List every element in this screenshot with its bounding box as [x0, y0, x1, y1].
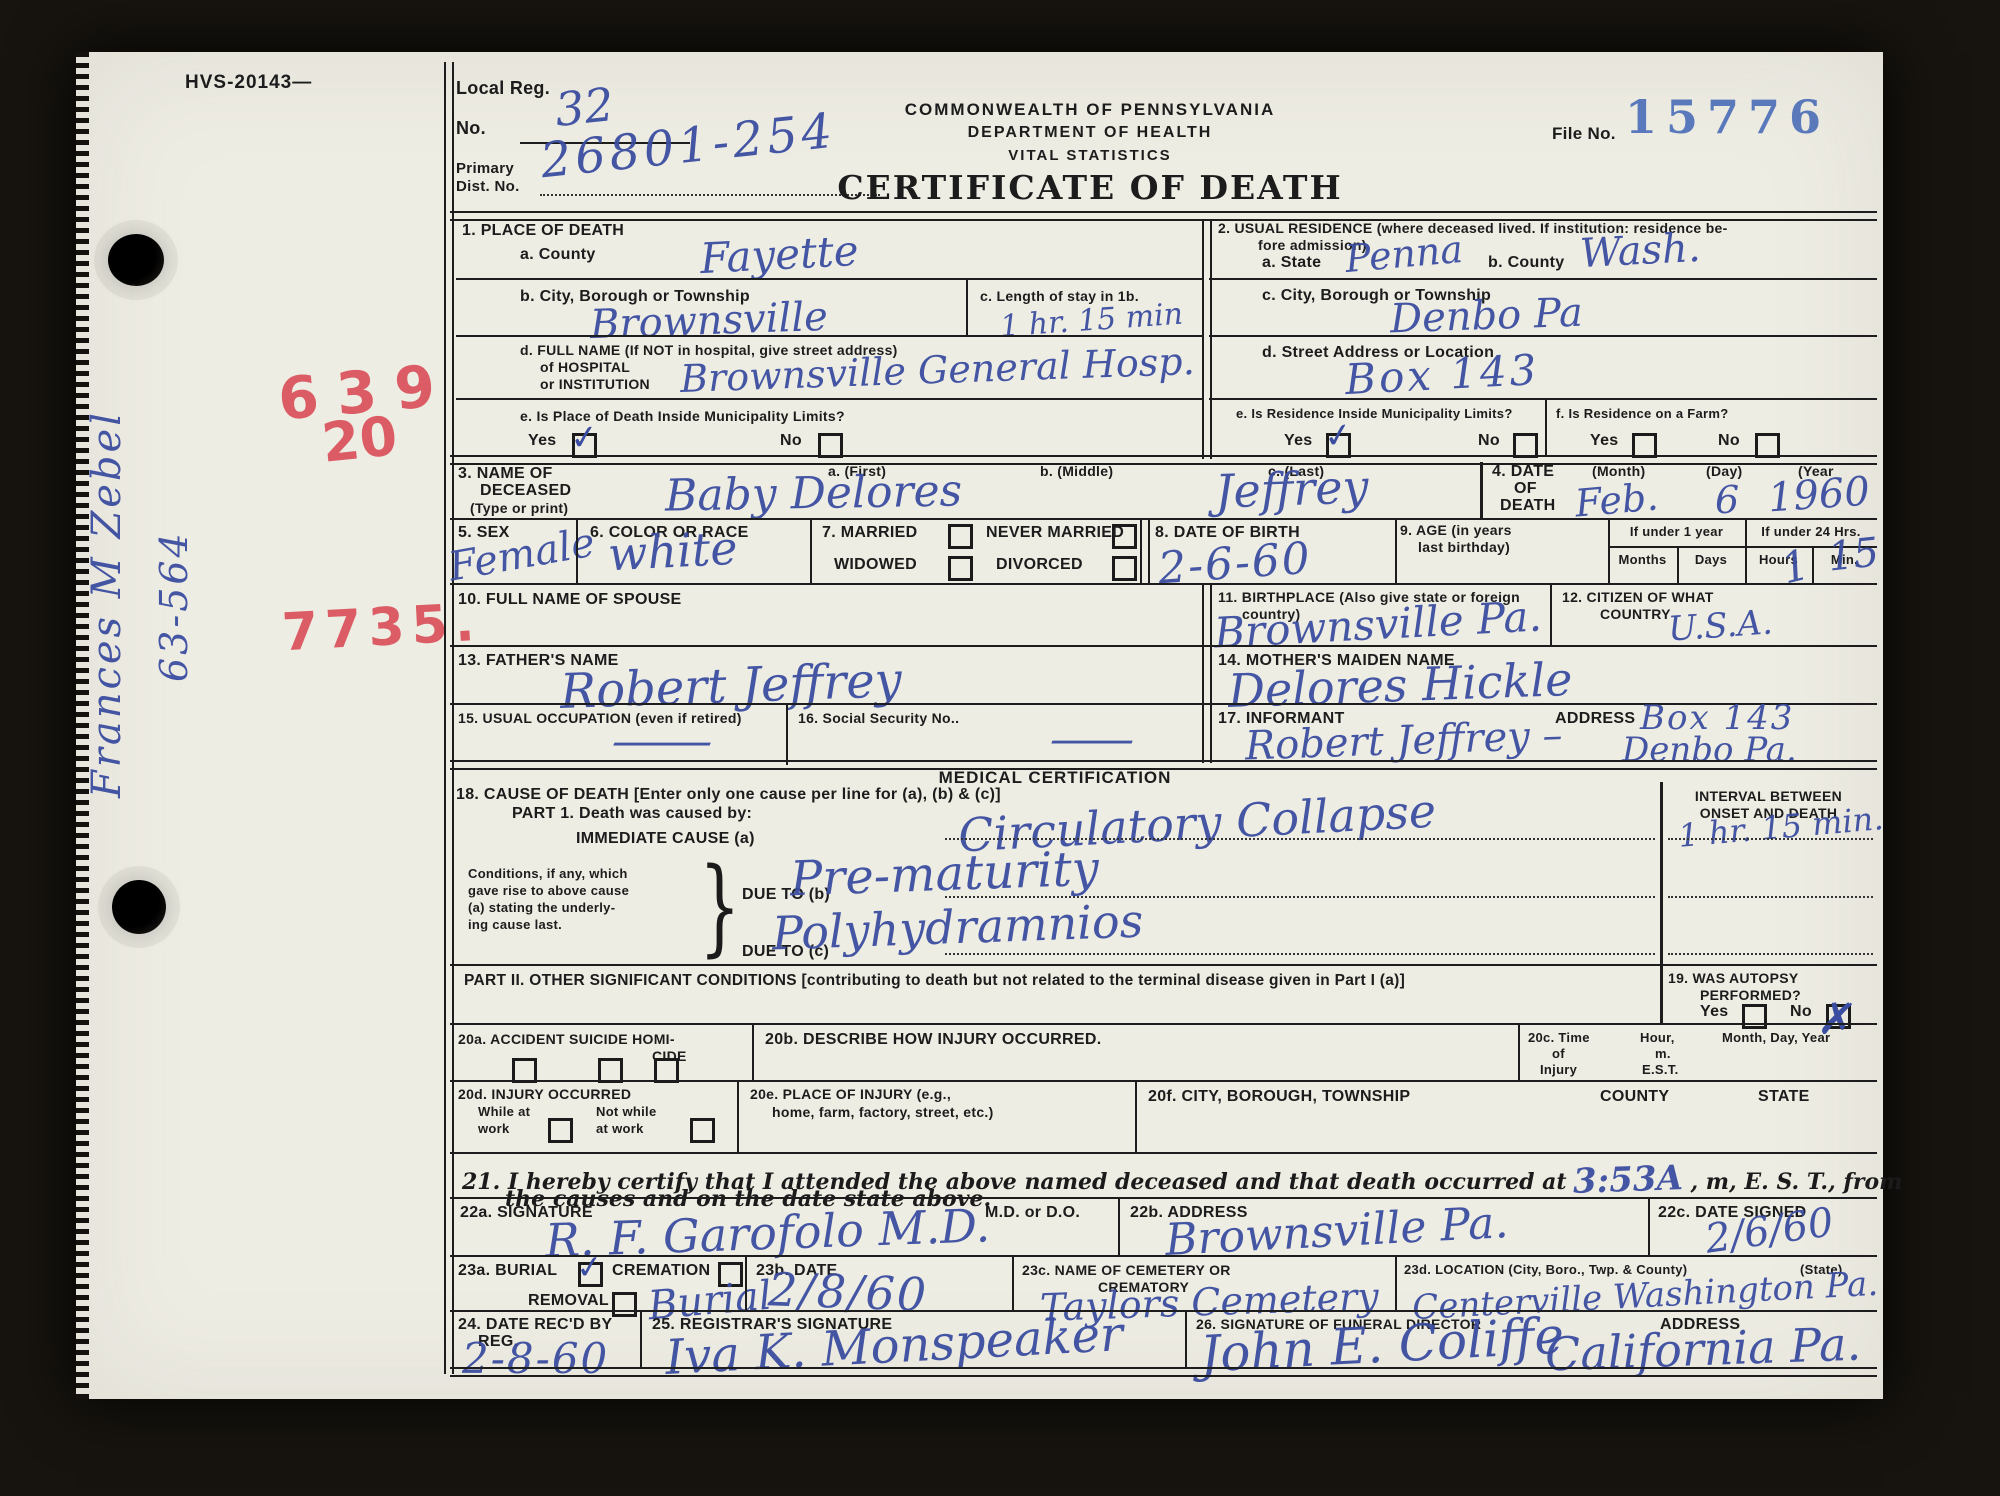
divider-line: [1545, 398, 1547, 457]
s20a-label1: 20a. ACCIDENT SUICIDE HOMI-: [458, 1031, 675, 1047]
divider-line: [1118, 1197, 1120, 1255]
s12-value: U.S.A.: [1667, 602, 1774, 649]
divider-line: [1135, 1080, 1137, 1152]
s12-label2: COUNTRY: [1600, 606, 1671, 622]
divider-line: [1395, 518, 1397, 583]
divider-line: [1140, 518, 1150, 583]
s20d-not2: at work: [596, 1121, 644, 1136]
org-line-2: DEPARTMENT OF HEALTH: [830, 124, 1350, 142]
divider-line: [576, 518, 578, 583]
s16-value: —: [1048, 714, 1136, 765]
s2f-yes-label: Yes: [1590, 432, 1619, 450]
s20c-hour-label: Hour,: [1640, 1030, 1675, 1045]
s19-label1: 19. WAS AUTOPSY: [1668, 970, 1799, 986]
s20d-while2: work: [478, 1121, 510, 1136]
file-no-label: File No.: [1552, 124, 1616, 144]
divider-line: [450, 645, 1877, 647]
divider-line: [1648, 1197, 1650, 1255]
s20c-mdy-label: Month, Day, Year: [1722, 1030, 1830, 1045]
divider-line: [450, 455, 1877, 465]
s18-cond1: Conditions, if any, which: [468, 866, 628, 881]
s6-value: white: [607, 521, 739, 582]
s7-never-checkbox: [1112, 524, 1137, 549]
s3-label2: DECEASED: [480, 482, 571, 500]
divider-line: [450, 1310, 1877, 1312]
divider-line: [456, 398, 1202, 400]
s2a-label: a. State: [1262, 254, 1321, 272]
s23a-burial-label: 23a. BURIAL: [458, 1262, 557, 1280]
s3-first-value: Baby Delores: [665, 465, 963, 521]
s1d-label3: or INSTITUTION: [540, 376, 650, 392]
divider-line: [450, 1255, 1877, 1257]
divider-line: [810, 518, 812, 583]
s7-never-label: NEVER MARRIED: [986, 524, 1124, 542]
death-time-value: 3:53A: [1572, 1158, 1683, 1202]
s9-label1: 9. AGE (in years: [1400, 522, 1512, 538]
divider-line: [456, 335, 1202, 337]
divider-line: [1209, 278, 1877, 280]
certificate-title: CERTIFICATE OF DEATH: [830, 168, 1350, 207]
local-reg-label: Local Reg.: [456, 78, 550, 99]
divider-line: [752, 1023, 754, 1080]
s4-label2: OF: [1514, 480, 1537, 498]
divider-line: [450, 583, 1877, 585]
s1-title: 1. PLACE OF DEATH: [462, 222, 624, 240]
s23a-cremation-label: CREMATION: [612, 1262, 710, 1280]
divider-line: [450, 1080, 1877, 1082]
s20c-label1: 20c. Time: [1528, 1030, 1590, 1045]
s20c-est-label: E.S.T.: [1642, 1062, 1678, 1077]
s18-cond4: ing cause last.: [468, 917, 562, 932]
s18-cond3: (a) stating the underly-: [468, 900, 615, 915]
s19-label2: PERFORMED?: [1700, 987, 1801, 1003]
divider-line: [450, 1367, 1877, 1377]
rule-line: [540, 194, 880, 196]
s7-widowed-checkbox: [948, 556, 973, 581]
s2e-yes-label: Yes: [1284, 432, 1313, 450]
s23c-label1: 23c. NAME OF CEMETERY OR: [1022, 1262, 1231, 1278]
s4-label1: 4. DATE: [1492, 463, 1554, 481]
s2e-yes-checkmark: ✓: [1321, 414, 1355, 458]
s22-md-label: M.D. or D.O.: [985, 1204, 1080, 1222]
s20c-label2: of: [1552, 1046, 1565, 1061]
divider-line: [1012, 1255, 1014, 1310]
s2e-no-label: No: [1478, 432, 1500, 450]
local-reg-no-label: No.: [456, 118, 486, 139]
margin-script-name: Frances M Zebel: [84, 318, 130, 798]
rule-line: [945, 838, 1655, 840]
divider-line: [450, 1197, 1877, 1199]
punch-hole: [112, 880, 166, 934]
s23a-removal-label: REMOVAL: [528, 1292, 609, 1310]
s7-married-checkbox: [948, 524, 973, 549]
s1e-yes-label: Yes: [528, 432, 557, 450]
s9-months-label: Months: [1608, 552, 1677, 567]
s2e-label: e. Is Residence Inside Municipality Limi…: [1236, 406, 1513, 421]
med-cert-title: MEDICAL CERTIFICATION: [450, 768, 1660, 788]
s2b-label: b. County: [1488, 254, 1564, 272]
s9-min-value: 15: [1826, 529, 1881, 580]
rule-line: [1668, 953, 1873, 955]
s4-year-value: 1960: [1767, 469, 1872, 522]
s20d-while-checkbox: [548, 1118, 573, 1143]
s4-day-label: (Day): [1706, 463, 1743, 479]
s23b-value: 2/8/60: [767, 1262, 929, 1322]
s3-label1: 3. NAME OF: [458, 465, 553, 483]
s20b-label: 20b. DESCRIBE HOW INJURY OCCURRED.: [765, 1031, 1101, 1049]
form-border: [444, 62, 454, 1374]
s20f-county-label: COUNTY: [1600, 1088, 1669, 1106]
s17-address-label: ADDRESS: [1555, 710, 1635, 728]
divider-line: [1518, 1023, 1520, 1080]
divider-line: [745, 1255, 747, 1310]
s3b-label: b. (Middle): [1040, 463, 1113, 479]
s18-part1-label: PART 1. Death was caused by:: [512, 805, 752, 823]
rule-line: [1668, 838, 1873, 840]
divider-line: [1202, 219, 1212, 459]
part2-label: PART II. OTHER SIGNIFICANT CONDITIONS [c…: [464, 972, 1405, 990]
divider-line: [450, 1023, 1877, 1025]
s8-value: 2-6-60: [1156, 533, 1313, 595]
s18-cond2: gave rise to above cause: [468, 883, 629, 898]
divider-line: [1209, 398, 1877, 400]
divider-line: [1660, 964, 1663, 1023]
s19-yes-checkbox: [1742, 1004, 1767, 1029]
s16-label: 16. Social Security No..: [798, 710, 959, 726]
s10-label: 10. FULL NAME OF SPOUSE: [458, 591, 682, 609]
s20f-label: 20f. CITY, BOROUGH, TOWNSHIP: [1148, 1088, 1410, 1106]
s9-label2: last birthday): [1418, 539, 1510, 555]
divider-line: [737, 1080, 739, 1152]
punch-hole: [108, 234, 164, 286]
s2f-no-label: No: [1718, 432, 1740, 450]
margin-script-number: 63-564: [152, 452, 196, 682]
s2b-value: Wash.: [1579, 225, 1702, 277]
s20e-label1: 20e. PLACE OF INJURY (e.g.,: [750, 1086, 951, 1102]
rule-line: [1668, 896, 1873, 898]
divider-line: [450, 518, 1877, 520]
s7-married-label: 7. MARRIED: [822, 524, 917, 542]
divider-line: [1395, 1255, 1397, 1310]
s20f-state-label: STATE: [1758, 1088, 1810, 1106]
s18-label: 18. CAUSE OF DEATH [Enter only one cause…: [456, 786, 1001, 804]
s20d-while1: While at: [478, 1104, 530, 1119]
divider-line: [966, 278, 968, 335]
s4-label3: DEATH: [1500, 497, 1555, 515]
red-crayon-20: 20: [319, 404, 400, 475]
s7-widowed-label: WIDOWED: [834, 556, 917, 574]
s1e-no-label: No: [780, 432, 802, 450]
s20c-m-label: m.: [1655, 1046, 1671, 1061]
s2f-label: f. Is Residence on a Farm?: [1556, 406, 1729, 421]
s20c-label3: Injury: [1540, 1062, 1577, 1077]
s1e-yes-checkmark: ✓: [568, 417, 601, 460]
s3-label3: (Type or print): [470, 500, 568, 516]
divider-line: [456, 278, 1202, 280]
s4-day-value: 6: [1715, 478, 1739, 522]
s24-label1: 24. DATE REC'D BY: [458, 1316, 612, 1334]
primary-label: Primary: [456, 160, 514, 177]
divider-line: [1209, 335, 1877, 337]
org-line-3: VITAL STATISTICS: [830, 147, 1350, 164]
s20e-label2: home, farm, factory, street, etc.): [772, 1104, 994, 1120]
s20d-not1: Not while: [596, 1104, 656, 1119]
s7-divorced-label: DIVORCED: [996, 556, 1083, 574]
divider-line: [786, 703, 788, 765]
org-line-1: COMMONWEALTH OF PENNSYLVANIA: [830, 100, 1350, 120]
divider-line: [1185, 1310, 1187, 1367]
file-no-stamp: 15776: [1625, 90, 1830, 144]
s1a-label: a. County: [520, 246, 596, 264]
certify-text-2: , m, E. S. T., from: [1690, 1169, 1902, 1195]
s19-yes-label: Yes: [1700, 1003, 1729, 1021]
s20d-notwhile-checkbox: [690, 1118, 715, 1143]
s9-days-label: Days: [1677, 552, 1745, 567]
s20d-label: 20d. INJURY OCCURRED: [458, 1086, 631, 1102]
s7-divorced-checkbox: [1112, 556, 1137, 581]
s23a-burial-checkmark: ✓: [574, 1247, 605, 1288]
divider-line: [1480, 462, 1483, 518]
divider-line: [1550, 583, 1552, 645]
rule-line: [945, 953, 1655, 955]
s2d-value: Box 143: [1344, 345, 1541, 404]
s1d-label2: of HOSPITAL: [540, 359, 630, 375]
s3-last-value: Jeffrey: [1214, 459, 1369, 518]
primary-dist-label: Dist. No.: [456, 178, 520, 195]
s19-no-label: No: [1790, 1003, 1812, 1021]
divider-line: [640, 1310, 642, 1367]
s1a-value: Fayette: [699, 226, 860, 283]
divider-line: [1202, 583, 1212, 763]
s12-label1: 12. CITIZEN OF WHAT: [1562, 589, 1714, 605]
form-code: HVS-20143—: [185, 72, 312, 94]
scanned-death-certificate: HVS-20143— Frances M Zebel 63-564 639 20…: [0, 0, 2000, 1496]
bracket-glyph: }: [699, 845, 740, 968]
s23a-removal-checkbox: [612, 1292, 637, 1317]
divider-line: [450, 1152, 1877, 1154]
s23d-label1: 23d. LOCATION (City, Boro., Twp. & Count…: [1404, 1262, 1687, 1277]
s1b-value: Brownsville: [589, 294, 828, 348]
s9-under1yr-label: If under 1 year: [1608, 524, 1745, 539]
